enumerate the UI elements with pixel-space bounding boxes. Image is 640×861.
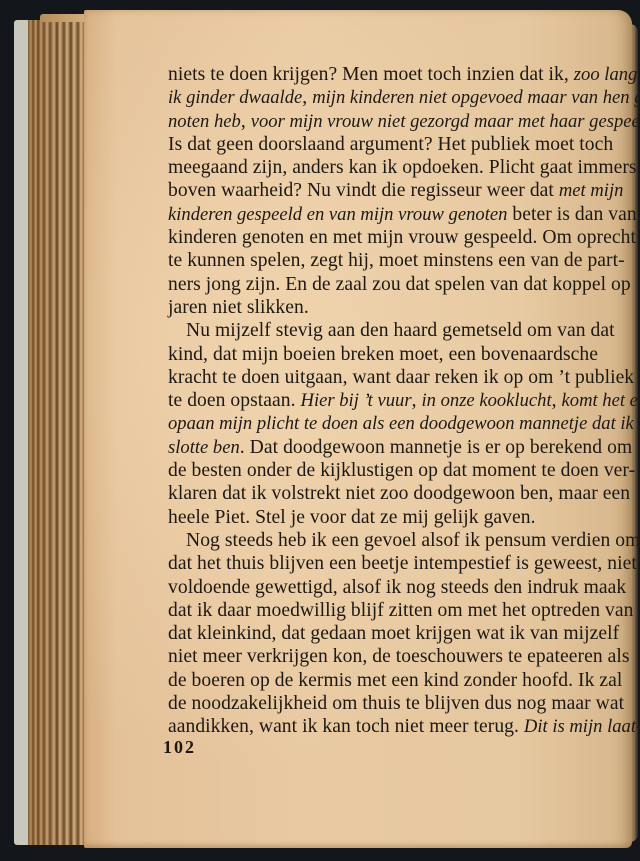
text-line: ik ginder dwaalde, mijn kinderen niet op…: [168, 86, 598, 109]
italic-text: slotte ben: [168, 437, 240, 458]
text-line: opaan mijn plicht te doen als een doodge…: [168, 412, 598, 435]
italic-text: opaan mijn plicht te doen als een doodge…: [168, 413, 640, 434]
roman-text: Is dat geen doorslaand argument? Het pub…: [168, 134, 613, 155]
roman-text: beter is dan van mijn: [507, 204, 640, 225]
text-line: kind, dat mijn boeien breken moet, een b…: [168, 343, 598, 366]
roman-text: de boeren op de kermis met een kind zond…: [168, 670, 622, 691]
text-line: kracht te doen uitgaan, want daar reken …: [168, 366, 598, 389]
roman-text: heele Piet. Stel je voor dat ze mij geli…: [168, 507, 536, 528]
roman-text: jaren niet slikken.: [168, 297, 309, 318]
roman-text: klaren dat ik volstrekt niet zoo doodgew…: [168, 483, 630, 504]
italic-text: voor mijn vrouw niet gezorgd maar met ha…: [251, 111, 640, 132]
italic-text: zoo lang: [574, 64, 638, 85]
roman-text: boven waarheid? Nu vindt die regisseur w…: [168, 180, 559, 201]
roman-text: Nog steeds heb ik een gevoel alsof ik pe…: [186, 530, 640, 551]
roman-text: voldoende gewettigd, alsof ik nog steeds…: [168, 577, 626, 598]
roman-text: te doen opstaan.: [168, 390, 301, 411]
roman-text: ,: [552, 390, 562, 411]
text-line: slotte ben. Dat doodgewoon mannetje is e…: [168, 436, 598, 459]
roman-text: kind, dat mijn boeien breken moet, een b…: [168, 344, 598, 365]
roman-text: ,: [302, 87, 312, 108]
text-line: Nog steeds heb ik een gevoel alsof ik pe…: [168, 529, 598, 552]
italic-text: in onze kooklucht: [421, 390, 551, 411]
text-line: de noodzakelijkheid om thuis te blijven …: [168, 692, 598, 715]
roman-text: ners jong zijn. En de zaal zou dat spele…: [168, 274, 631, 295]
roman-text: niets te doen krijgen? Men moet toch inz…: [168, 64, 574, 85]
roman-text: kinderen genoten en met mijn vrouw gespe…: [168, 227, 636, 248]
text-line: voldoende gewettigd, alsof ik nog steeds…: [168, 576, 598, 599]
roman-text: ,: [241, 111, 251, 132]
italic-text: kinderen gespeeld en van mijn vrouw geno…: [168, 204, 507, 225]
text-line: boven waarheid? Nu vindt die regisseur w…: [168, 179, 598, 202]
italic-text: mijn kinderen niet opgevoed maar van hen…: [312, 87, 640, 108]
text-line: klaren dat ik volstrekt niet zoo doodgew…: [168, 482, 598, 505]
roman-text: meegaand zijn, anders kan ik opdoeken. P…: [168, 157, 637, 178]
text-line: aandikken, want ik kan toch niet meer te…: [168, 715, 598, 738]
text-line: te doen opstaan. Hier bij ’t vuur, in on…: [168, 389, 598, 412]
text-line: Nu mijzelf stevig aan den haard gemetsel…: [168, 319, 598, 342]
italic-text: Dit is mijn laat-: [524, 716, 640, 737]
text-line: niet meer verkrijgen kon, de toeschouwer…: [168, 645, 598, 668]
text-line: heele Piet. Stel je voor dat ze mij geli…: [168, 506, 598, 529]
roman-text: ,: [412, 390, 422, 411]
text-line: kinderen gespeeld en van mijn vrouw geno…: [168, 203, 598, 226]
text-line: jaren niet slikken.: [168, 296, 598, 319]
italic-text: Hier bij ’t vuur: [301, 390, 412, 411]
text-line: niets te doen krijgen? Men moet toch inz…: [168, 63, 598, 86]
text-line: Is dat geen doorslaand argument? Het pub…: [168, 133, 598, 156]
roman-text: dat kleinkind, dat gedaan moet krijgen w…: [168, 623, 619, 644]
roman-text: niet meer verkrijgen kon, de toeschouwer…: [168, 646, 630, 667]
roman-text: kracht te doen uitgaan, want daar reken …: [168, 367, 634, 388]
text-line: meegaand zijn, anders kan ik opdoeken. P…: [168, 156, 598, 179]
book-page-edges-left: [14, 20, 94, 845]
text-line: de boeren op de kermis met een kind zond…: [168, 669, 598, 692]
text-line: dat het thuis blijven een beetje intempe…: [168, 552, 598, 575]
text-line: de besten onder de kijklustigen op dat m…: [168, 459, 598, 482]
italic-text: ik ginder dwaalde: [168, 87, 302, 108]
text-line: dat ik daar moedwillig blijf zitten om m…: [168, 599, 598, 622]
body-text: niets te doen krijgen? Men moet toch inz…: [168, 63, 598, 739]
roman-text: dat het thuis blijven een beetje intempe…: [168, 553, 637, 574]
italic-text: komt het er: [562, 390, 640, 411]
roman-text: de noodzakelijkheid om thuis te blijven …: [168, 693, 624, 714]
text-line: noten heb, voor mijn vrouw niet gezorgd …: [168, 110, 598, 133]
page-number: 102: [163, 737, 196, 758]
italic-text: met mijn: [559, 180, 624, 201]
roman-text: . Dat doodgewoon mannetje is er op berek…: [240, 437, 632, 458]
text-line: kinderen genoten en met mijn vrouw gespe…: [168, 226, 598, 249]
text-line: te kunnen spelen, zegt hij, moet minsten…: [168, 249, 598, 272]
italic-text: noten heb: [168, 111, 241, 132]
roman-text: dat ik daar moedwillig blijf zitten om m…: [168, 600, 633, 621]
roman-text: te kunnen spelen, zegt hij, moet minsten…: [168, 250, 625, 271]
roman-text: de besten onder de kijklustigen op dat m…: [168, 460, 635, 481]
roman-text: Nu mijzelf stevig aan den haard gemetsel…: [186, 320, 615, 341]
text-line: dat kleinkind, dat gedaan moet krijgen w…: [168, 622, 598, 645]
roman-text: aandikken, want ik kan toch niet meer te…: [168, 716, 524, 737]
text-line: ners jong zijn. En de zaal zou dat spele…: [168, 273, 598, 296]
book-page-edges-top: [40, 14, 90, 22]
